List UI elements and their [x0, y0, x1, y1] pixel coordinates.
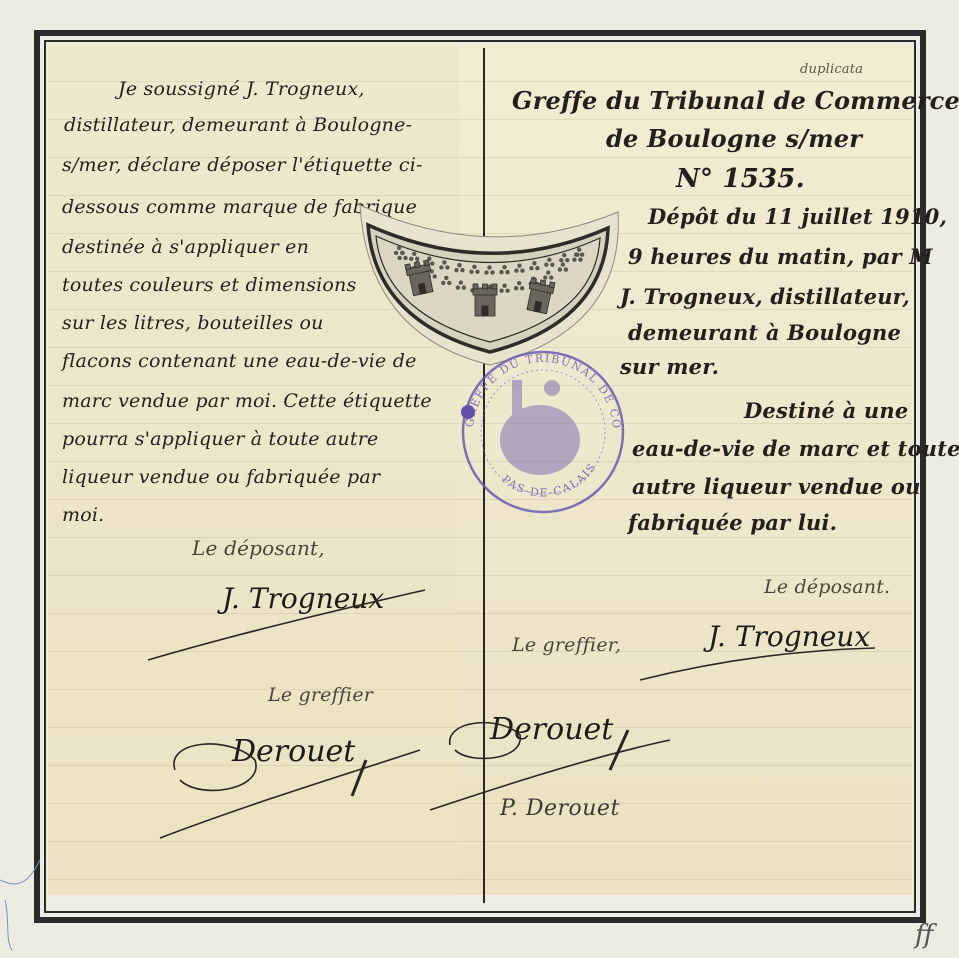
record-line: sur mer. — [620, 354, 719, 379]
depositor-label-right: Le déposant. — [764, 576, 890, 598]
declaration-line: pourra s'appliquer à toute autre — [62, 428, 378, 450]
declaration-line: toutes couleurs et dimensions — [62, 274, 356, 296]
declaration-line: destinée à s'appliquer en — [62, 236, 309, 258]
bottom-margin-strip — [48, 895, 912, 909]
purpose-line: fabriquée par lui. — [628, 510, 837, 535]
declaration-line: distillateur, demeurant à Boulogne- — [64, 114, 412, 136]
declaration-line: Je soussigné J. Trogneux, — [118, 78, 365, 100]
record-line: J. Trogneux, distillateur, — [620, 284, 910, 309]
declaration-line: dessous comme marque de fabrique — [62, 196, 417, 218]
purpose-line: eau-de-vie de marc et toute — [632, 436, 959, 461]
depositor-label: Le déposant, — [192, 536, 325, 560]
registry-heading: Greffe du Tribunal de Commerce — [512, 86, 959, 115]
purpose-line: autre liqueur vendue ou — [632, 474, 921, 499]
record-line: demeurant à Boulogne — [628, 320, 901, 345]
clerk-label-right: Le greffier, — [512, 634, 621, 656]
duplicata-annotation: duplicata — [800, 62, 863, 77]
clerk-signature: Derouet — [232, 734, 355, 769]
depositor-signature-right: J. Trogneux — [708, 620, 870, 653]
record-line: Dépôt du 11 juillet 1910, — [648, 204, 947, 229]
declaration-line: moi. — [62, 504, 104, 526]
declaration-line: flacons contenant une eau-de-vie de — [62, 350, 417, 372]
declaration-line: sur les litres, bouteilles ou — [62, 312, 324, 334]
corner-initials: ff — [915, 920, 933, 950]
purpose-line: Destiné à une — [744, 398, 908, 423]
declaration-line: marc vendue par moi. Cette étiquette — [62, 390, 432, 412]
center-divider-line — [483, 48, 485, 903]
declaration-line: s/mer, déclare déposer l'étiquette ci- — [62, 154, 423, 176]
clerk-signature-right: Derouet — [490, 712, 613, 747]
record-line: 9 heures du matin, par M — [628, 244, 933, 269]
registry-number: N° 1535. — [676, 164, 805, 194]
depositor-signature: J. Trogneux — [222, 582, 384, 615]
declaration-line: liqueur vendue ou fabriquée par — [62, 466, 380, 488]
clerk-label: Le greffier — [268, 684, 373, 706]
registry-heading-city: de Boulogne s/mer — [606, 124, 862, 153]
clerk-printed-name: P. Derouet — [500, 796, 620, 821]
